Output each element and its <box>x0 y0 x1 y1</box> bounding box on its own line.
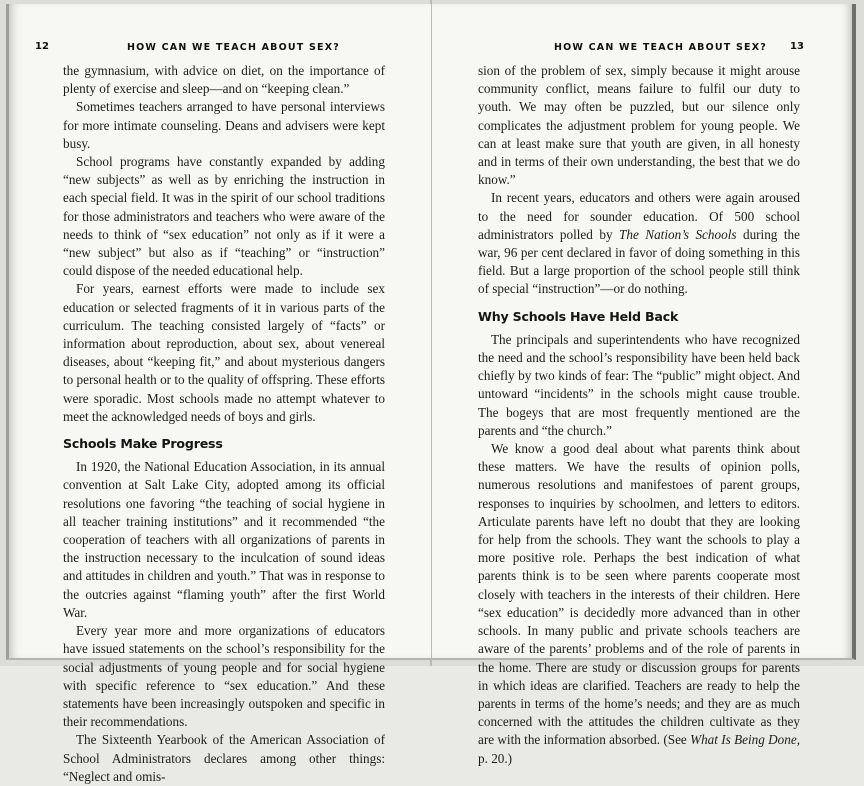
book-spread: 12 HOW CAN WE TEACH ABOUT SEX? the gymna… <box>0 0 864 666</box>
right-page: HOW CAN WE TEACH ABOUT SEX? 13 sion of t… <box>432 4 856 660</box>
paragraph: In recent years, educators and others we… <box>478 189 800 298</box>
italic-title: The Nation’s Schools <box>619 227 736 242</box>
section-heading: Schools Make Progress <box>63 435 385 453</box>
paragraph: We know a good deal about what parents t… <box>478 440 800 666</box>
paragraph: Sometimes teachers arranged to have pers… <box>63 98 385 153</box>
paragraph: sion of the problem of sex, simply becau… <box>478 62 800 189</box>
paragraph: School programs have constantly expanded… <box>63 153 385 280</box>
page-number: 12 <box>35 41 49 52</box>
running-head: HOW CAN WE TEACH ABOUT SEX? <box>127 42 340 53</box>
section-heading: Why Schools Have Held Back <box>478 308 800 326</box>
running-head: HOW CAN WE TEACH ABOUT SEX? <box>554 42 767 53</box>
paragraph: the gymnasium, with advice on diet, on t… <box>63 62 385 98</box>
paragraph-text: We know a good deal about what parents t… <box>478 441 800 666</box>
paragraph: Every year more and more organizations o… <box>63 622 385 666</box>
paragraph: The principals and superintendents who h… <box>478 331 800 440</box>
page-number: 13 <box>790 41 804 52</box>
body-text: the gymnasium, with advice on diet, on t… <box>63 62 385 666</box>
left-page: 12 HOW CAN WE TEACH ABOUT SEX? the gymna… <box>6 4 431 660</box>
paragraph: For years, earnest efforts were made to … <box>63 280 385 426</box>
body-text: sion of the problem of sex, simply becau… <box>478 62 800 666</box>
paragraph: In 1920, the National Education Associat… <box>63 458 385 622</box>
